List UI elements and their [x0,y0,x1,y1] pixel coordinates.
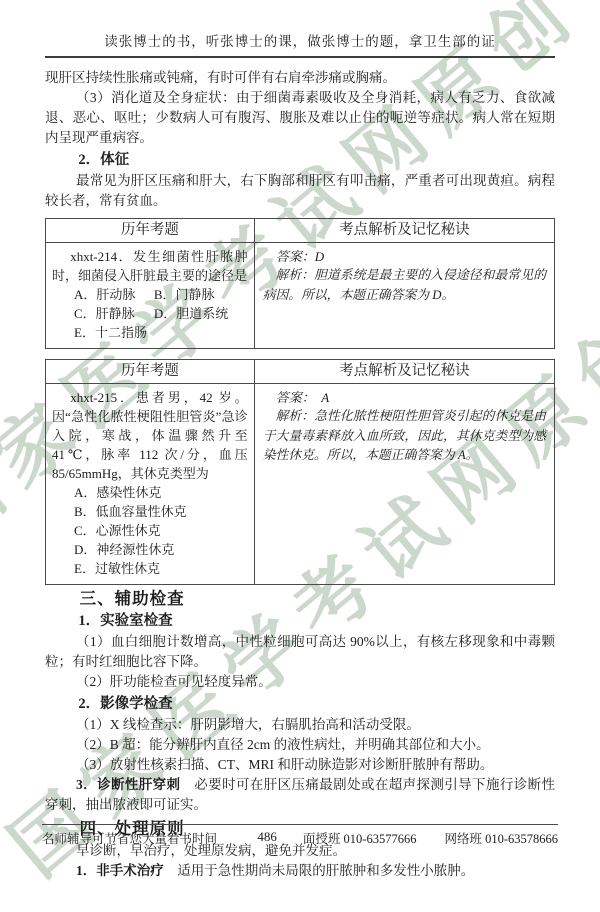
option-d: D．胆道系统 [154,304,248,323]
analysis-cell: 答案： A 解析：急性化脓性梗阻性胆管炎引起的休克是由于大量毒素释放入血所致，因… [254,384,554,585]
column-header-question: 历年考题 [46,360,255,384]
option-c: C．肝静脉 [74,304,154,323]
option-e: E．过敏性休克 [74,559,248,578]
option-c: C．心源性休克 [74,521,248,540]
paragraph-continuation: 现肝区持续性胀痛或钝痛，有时可伴有右肩牵涉痛或胸痛。 [45,68,555,88]
column-header-analysis: 考点解析及记忆秘诀 [254,219,554,243]
question-cell: xhxt-214．发生细菌性肝脓肿时，细菌侵入肝脏最主要的途径是 A．肝动脉 B… [46,243,255,349]
column-header-question: 历年考题 [46,219,255,243]
heading-imaging: 2．影像学检查 [45,694,555,714]
footer-slogan: 名师辅导可节省您大量看书时间 [42,829,217,847]
question-text: xhxt-215．患者男，42 岁。因“急性化脓性梗阻性胆管炎”急诊入院，寒战，… [52,388,248,483]
paragraph-imaging-ct-mri: （3）放射性核素扫描、CT、MRI 和肝动脉造影对诊断肝脓肿有帮助。 [45,755,555,775]
page-header-slogan: 读张博士的书，听张博士的课，做张博士的题，拿卫生部的证 [45,0,555,58]
table-body-row: xhxt-215．患者男，42 岁。因“急性化脓性梗阻性胆管炎”急诊入院，寒战，… [46,384,555,585]
analysis-text: 解析：胆道系统是最主要的入侵途径和最常见的病因。所以，本题正确答案为 D。 [263,266,546,305]
option-d: D．神经源性休克 [74,540,248,559]
heading-liver-puncture: 3．诊断性肝穿刺 [76,777,180,792]
exam-table-214: 历年考题 考点解析及记忆秘诀 xhxt-214．发生细菌性肝脓肿时，细菌侵入肝脏… [45,218,555,349]
option-list: A．肝动脉 B．门静脉 C．肝静脉 D．胆道系统 E．十二指肠 [52,285,248,342]
page-number: 486 [257,829,303,845]
answer-line: 答案： A [263,388,546,407]
option-list: A．感染性休克 B．低血容量性休克 C．心源性休克 D．神经源性休克 E．过敏性… [52,483,248,578]
question-cell: xhxt-215．患者男，42 岁。因“急性化脓性梗阻性胆管炎”急诊入院，寒战，… [46,384,255,585]
paragraph-nonsurgical: 1．非手术治疗 适用于急性期尚未局限的肝脓肿和多发性小脓肿。 [45,861,555,881]
document-page: 国家医学考试网原创 国家医学考试网原创 读张博士的书，听张博士的课，做张博士的题… [0,0,600,912]
table-header-row: 历年考题 考点解析及记忆秘诀 [46,219,555,243]
footer-phone-onsite: 面授班 010-63577666 [303,829,417,847]
heading-lab-tests: 1．实验室检查 [45,611,555,631]
option-b: B．低血容量性休克 [74,502,248,521]
heading-signs: 2．体征 [45,150,555,170]
option-b: B．门静脉 [154,285,248,304]
table-body-row: xhxt-214．发生细菌性肝脓肿时，细菌侵入肝脏最主要的途径是 A．肝动脉 B… [46,243,555,349]
paragraph-imaging-bultrasound: （2）B 超：能分辨肝内直径 2cm 的液性病灶，并明确其部位和大小。 [45,735,555,755]
paragraph-lab-2: （2）肝功能检查可见轻度异常。 [45,672,555,692]
paragraph-imaging-xray: （1）X 线检查示：肝阴影增大，右膈肌抬高和活动受限。 [45,715,555,735]
footer-phone-online: 网络班 010-63578666 [444,829,558,847]
paragraph-signs: 最常见为肝区压痛和肝大，右下胸部和肝区有叩击痛，严重者可出现黄疸。病程较长者，常… [45,171,555,211]
heading-nonsurgical: 1．非手术治疗 [76,863,164,878]
paragraph-lab-1: （1）血白细胞计数增高，中性粒细胞可高达 90%以上，有核左移现象和中毒颗粒；有… [45,632,555,672]
paragraph-liver-puncture: 3．诊断性肝穿刺 必要时可在肝区压痛最剧处或在超声探测引导下施行诊断性穿刺，抽出… [45,775,555,815]
page-content: 读张博士的书，听张博士的课，做张博士的题，拿卫生部的证 现肝区持续性胀痛或钝痛，… [0,0,600,881]
question-text: xhxt-214．发生细菌性肝脓肿时，细菌侵入肝脏最主要的途径是 [52,247,248,285]
column-header-analysis: 考点解析及记忆秘诀 [254,360,554,384]
nonsurgical-text: 适用于急性期尚未局限的肝脓肿和多发性小脓肿。 [164,863,475,878]
option-a: A．感染性休克 [74,483,248,502]
analysis-cell: 答案：D 解析：胆道系统是最主要的入侵途径和最常见的病因。所以，本题正确答案为 … [254,243,554,349]
answer-line: 答案：D [263,247,546,266]
heading-auxiliary-exams: 三、辅助检查 [45,589,555,609]
exam-table-215: 历年考题 考点解析及记忆秘诀 xhxt-215．患者男，42 岁。因“急性化脓性… [45,359,555,585]
table-header-row: 历年考题 考点解析及记忆秘诀 [46,360,555,384]
option-e: E．十二指肠 [74,323,154,342]
option-a: A．肝动脉 [74,285,154,304]
analysis-text: 解析：急性化脓性梗阻性胆管炎引起的休克是由于大量毒素释放入血所致，因此，其休克类… [263,407,546,466]
paragraph-digestive-symptoms: （3）消化道及全身症状：由于细菌毒素吸收及全身消耗，病人有乏力、食欲减退、恶心、… [45,88,555,148]
page-footer: 名师辅导可节省您大量看书时间 486 面授班 010-63577666 网络班 … [42,824,558,847]
body-text-area: 现肝区持续性胀痛或钝痛，有时可伴有右肩牵涉痛或胸痛。 （3）消化道及全身症状：由… [45,58,555,881]
